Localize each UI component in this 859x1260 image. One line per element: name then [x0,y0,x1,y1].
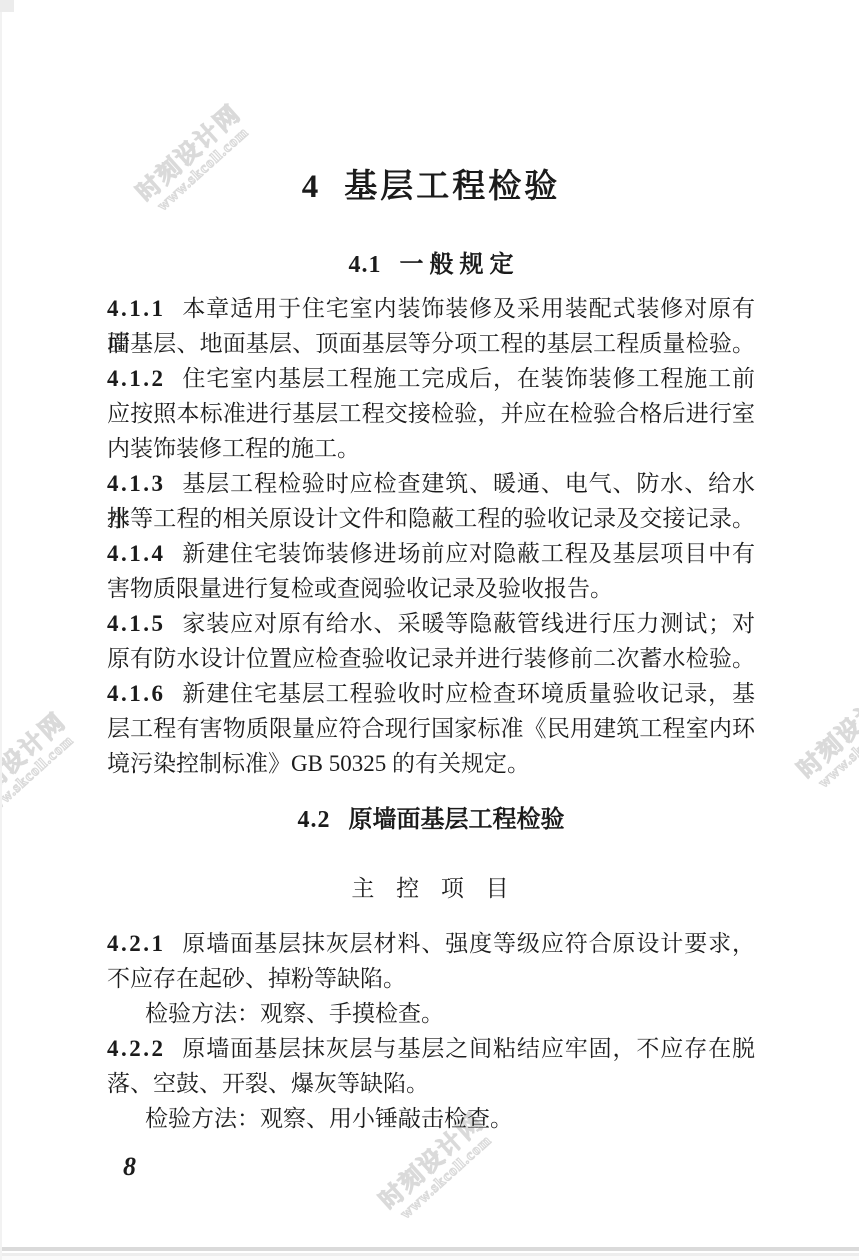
text-content: 原墙面基层抹灰层与基层之间粘结应牢固，不应存在脱 [182,1036,756,1061]
text-content: 基层工程检验 [344,169,560,205]
watermark-site-url: www.skcoll.com [0,704,109,850]
clause-line: 4.2.2原墙面基层抹灰层与基层之间粘结应牢固，不应存在脱 [107,1031,755,1066]
section-title: 4.2原墙面基层工程检验 [107,807,755,833]
clause-continuation-line: 原有防水设计位置应检查验收记录并进行装修前二次蓄水检验。 [107,641,755,676]
section-number: 4 [302,169,319,205]
scanned-document-page: 时刻设计网 www.skcoll.com 时刻设计网 www.skcoll.co… [0,0,859,1260]
chapter-title: 4基层工程检验 [107,166,755,208]
text-content: 住宅室内基层工程施工完成后，在装饰装修工程施工前 [182,366,756,391]
clause-line: 4.1.1本章适用于住宅室内装饰装修及采用装配式装修对原有墙 [107,291,755,326]
page-number: 8 [107,1152,755,1182]
clause-number: 4.1.6 [107,681,166,706]
text-content: 水等工程的相关原设计文件和隐蔽工程的验收记录及交接记录。 [107,506,755,531]
text-content: 新建住宅装饰装修进场前应对隐蔽工程及基层项目中有 [182,541,756,566]
text-content: 应按照本标准进行基层工程交接检验，并应在检验合格后进行室 [107,401,755,426]
text-content: 害物质限量进行复检或查阅验收记录及验收报告。 [107,576,613,601]
clause-line: 4.1.2住宅室内基层工程施工完成后，在装饰装修工程施工前 [107,361,755,396]
watermark-site-name: 时刻设计网 [0,685,97,838]
inspection-method-line: 检验方法：观察、用小锤敲击检查。 [107,1101,755,1136]
text-content: 检验方法：观察、用小锤敲击检查。 [145,1106,513,1131]
clause-line: 4.1.3基层工程检验时应检查建筑、暖通、电气、防水、给水排 [107,466,755,501]
clause-continuation-line: 境污染控制标准》GB 50325 的有关规定。 [107,746,755,781]
watermark: 时刻设计网 www.skcoll.com [767,654,859,820]
clause-number: 4.1.2 [107,366,166,391]
clause-number: 4.2.2 [107,1036,166,1061]
clause-number: 4.1.1 [107,296,166,321]
text-content: 家装应对原有给水、采暖等隐蔽管线进行压力测试；对 [182,611,756,636]
section-title: 4.1一 般 规 定 [107,252,755,278]
page-bottom-edge [0,1247,859,1251]
clause-number: 4.1.4 [107,541,166,566]
clause-number: 4.1.3 [107,471,166,496]
clause-continuation-line: 内装饰装修工程的施工。 [107,431,755,466]
text-content: 层工程有害物质限量应符合现行国家标准《民用建筑工程室内环 [107,716,755,741]
clause-number: 4.2.1 [107,931,166,956]
text-content: 落、空鼓、开裂、爆灰等缺陷。 [107,1071,429,1096]
clause-continuation-line: 面基层、地面基层、顶面基层等分项工程的基层工程质量检验。 [107,326,755,361]
clause-continuation-line: 水等工程的相关原设计文件和隐蔽工程的验收记录及交接记录。 [107,501,755,536]
text-content: 原有防水设计位置应检查验收记录并进行装修前二次蓄水检验。 [107,646,755,671]
watermark: 时刻设计网 www.skcoll.com [0,685,109,851]
clause-line: 4.2.1原墙面基层抹灰层材料、强度等级应符合原设计要求， [107,926,755,961]
text-content: 新建住宅基层工程验收时应检查环境质量验收记录，基 [182,681,756,706]
inspection-method-line: 检验方法：观察、手摸检查。 [107,996,755,1031]
clause-line: 4.1.6新建住宅基层工程验收时应检查环境质量验收记录，基 [107,676,755,711]
text-content: 内装饰装修工程的施工。 [107,436,360,461]
clause-continuation-line: 层工程有害物质限量应符合现行国家标准《民用建筑工程室内环 [107,711,755,746]
text-content: 检验方法：观察、手摸检查。 [145,1001,444,1026]
text-content: 境污染控制标准》GB 50325 的有关规定。 [107,751,530,776]
page-bottom-edge [0,1256,859,1260]
clause-line: 4.1.5家装应对原有给水、采暖等隐蔽管线进行压力测试；对 [107,606,755,641]
section-number: 4.1 [349,252,382,278]
clause-continuation-line: 不应存在起砂、掉粉等缺陷。 [107,961,755,996]
text-content: 面基层、地面基层、顶面基层等分项工程的基层工程质量检验。 [107,331,755,356]
clause-continuation-line: 落、空鼓、开裂、爆灰等缺陷。 [107,1066,755,1101]
section-number: 4.2 [298,807,331,833]
clause-number: 4.1.5 [107,611,166,636]
scan-edge-artifact [0,0,2,1260]
watermark-site-name: 时刻设计网 [767,654,859,807]
text-content: 原墙面基层工程检验 [349,807,565,833]
text-content: 主 控 项 目 [351,876,510,901]
clause-continuation-line: 害物质限量进行复检或查阅验收记录及验收报告。 [107,571,755,606]
clause-continuation-line: 应按照本标准进行基层工程交接检验，并应在检验合格后进行室 [107,396,755,431]
document-body: 4基层工程检验4.1一 般 规 定4.1.1本章适用于住宅室内装饰装修及采用装配… [107,0,755,1182]
text-content: 不应存在起砂、掉粉等缺陷。 [107,966,406,991]
text-content: 原墙面基层抹灰层材料、强度等级应符合原设计要求， [182,931,756,956]
text-content: 一 般 规 定 [400,252,514,278]
clause-line: 4.1.4新建住宅装饰装修进场前应对隐蔽工程及基层项目中有 [107,536,755,571]
item-category-label: 主 控 项 目 [107,876,755,902]
watermark-site-url: www.skcoll.com [785,673,859,819]
scan-corner-artifact [0,0,14,12]
